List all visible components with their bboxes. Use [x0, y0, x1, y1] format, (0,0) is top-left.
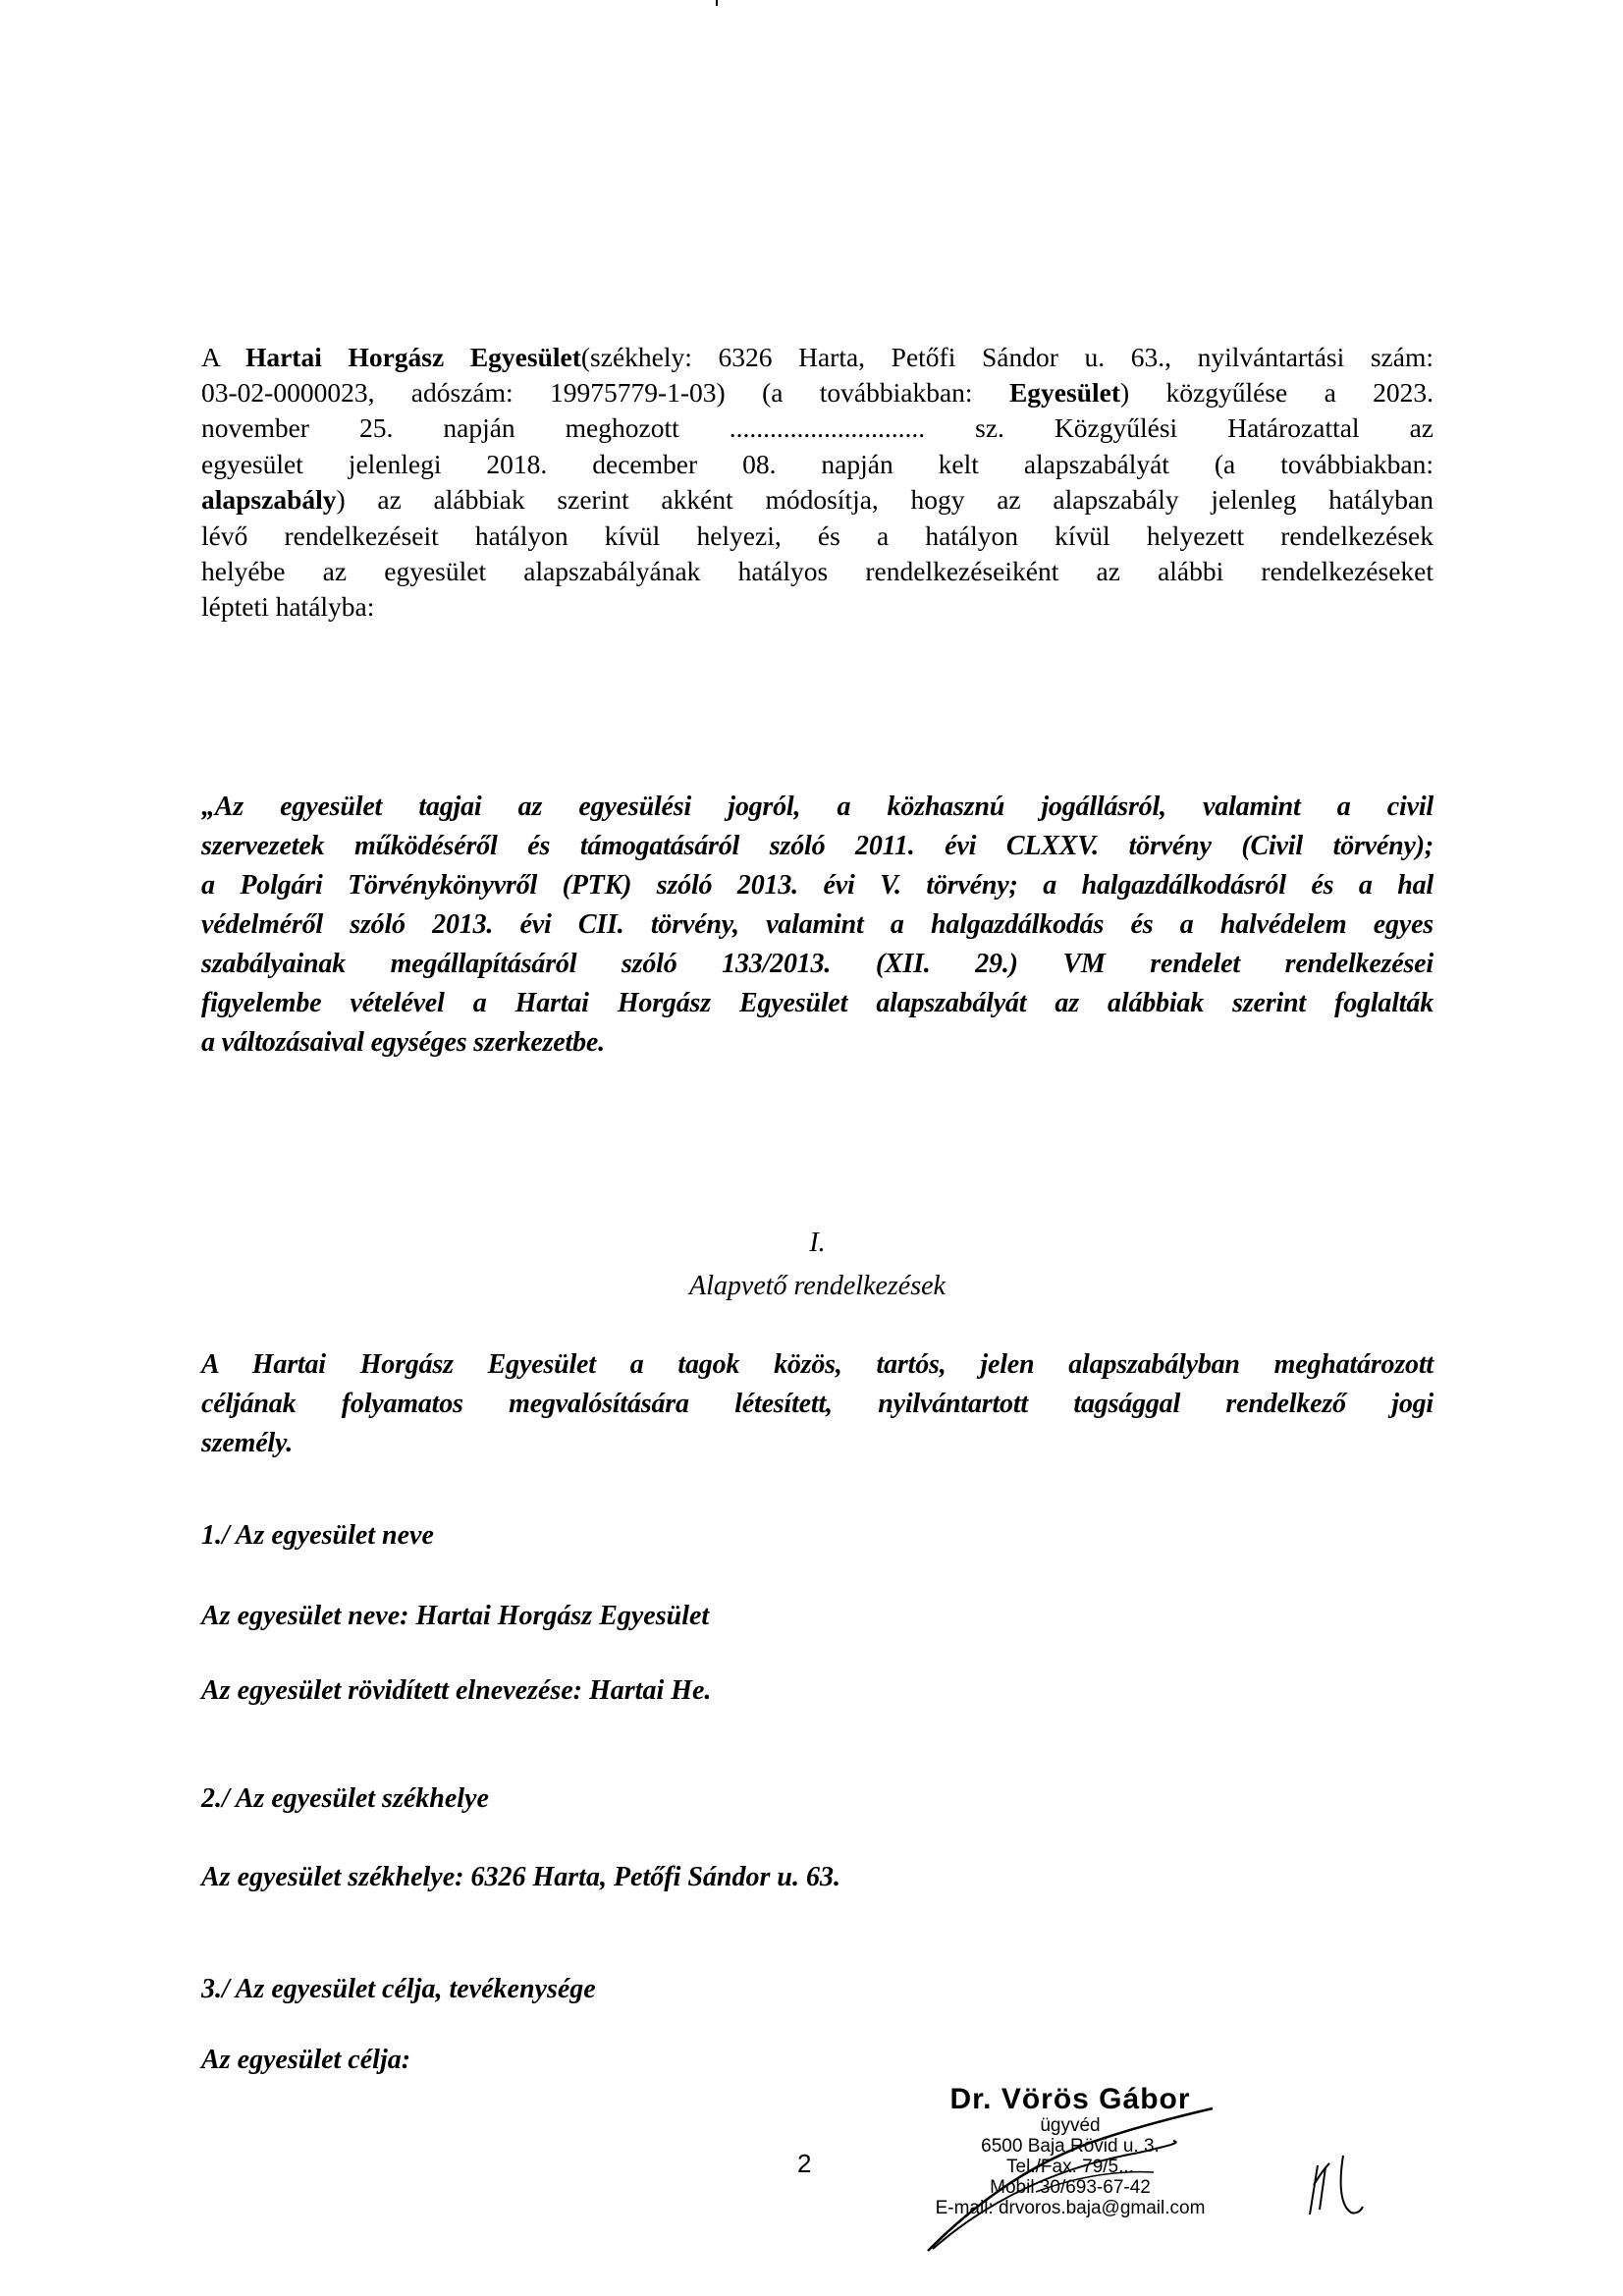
signature-icon — [889, 2084, 1252, 2261]
intro-line: 03-02-0000023, adószám: 19975779-1-03) (… — [201, 375, 1434, 410]
handwritten-initials-icon — [1296, 2146, 1384, 2224]
quote-line: a Polgári Törvénykönyvről (PTK) szóló 20… — [201, 866, 1434, 905]
intro-line: A Hartai Horgász Egyesület(székhely: 632… — [201, 340, 1434, 375]
article-1-heading: 1./ Az egyesület neve — [201, 1520, 434, 1552]
intro-line: november 25. napján meghozott ..........… — [201, 410, 1434, 446]
quote-line: „Az egyesület tagjai az egyesülési jogró… — [201, 788, 1434, 827]
intro-line: alapszabály) az alábbiak szerint akként … — [201, 482, 1434, 518]
page-number: 2 — [797, 2149, 811, 2179]
document-page: A Hartai Horgász Egyesület(székhely: 632… — [0, 0, 1623, 2296]
article-3-heading: 3./ Az egyesület célja, tevékenysége — [201, 1974, 596, 2005]
lawyer-stamp: Dr. Vörös Gábor ügyvéd 6500 Baja Rövid u… — [889, 2084, 1252, 2261]
scan-mark — [716, 0, 718, 6]
quote-line: szervezetek működéséről és támogatásáról… — [201, 827, 1434, 866]
intro-line: lépteti hatályba: — [201, 589, 1434, 625]
article-2-address: Az egyesület székhelye: 6326 Harta, Pető… — [201, 1862, 840, 1893]
article-1-short-name: Az egyesület rövidített elnevezése: Hart… — [201, 1675, 711, 1707]
quote-line: védelméről szóló 2013. évi CII. törvény,… — [201, 905, 1434, 945]
section-number: I. — [201, 1228, 1434, 1259]
section-intro-line: céljának folyamatos megvalósítására léte… — [201, 1385, 1434, 1424]
quote-line: a változásaival egységes szerkezetbe. — [201, 1023, 1434, 1063]
intro-line: helyébe az egyesület alapszabályának hat… — [201, 554, 1434, 589]
intro-line: lévő rendelkezéseit hatályon kívül helye… — [201, 519, 1434, 554]
section-title: Alapvető rendelkezések — [201, 1271, 1434, 1302]
section-intro-line: személy. — [201, 1424, 1434, 1463]
quote-line: figyelembe vételével a Hartai Horgász Eg… — [201, 984, 1434, 1023]
article-3-goal-label: Az egyesület célja: — [201, 2045, 410, 2076]
section-intro-line: A Hartai Horgász Egyesület a tagok közös… — [201, 1345, 1434, 1385]
article-2-heading: 2./ Az egyesület székhelye — [201, 1783, 489, 1815]
intro-line: egyesület jelenlegi 2018. december 08. n… — [201, 447, 1434, 482]
quote-line: szabályainak megállapításáról szóló 133/… — [201, 945, 1434, 984]
association-name-bold: Hartai Horgász Egyesület — [245, 342, 581, 372]
article-1-name: Az egyesület neve: Hartai Horgász Egyesü… — [201, 1601, 709, 1632]
